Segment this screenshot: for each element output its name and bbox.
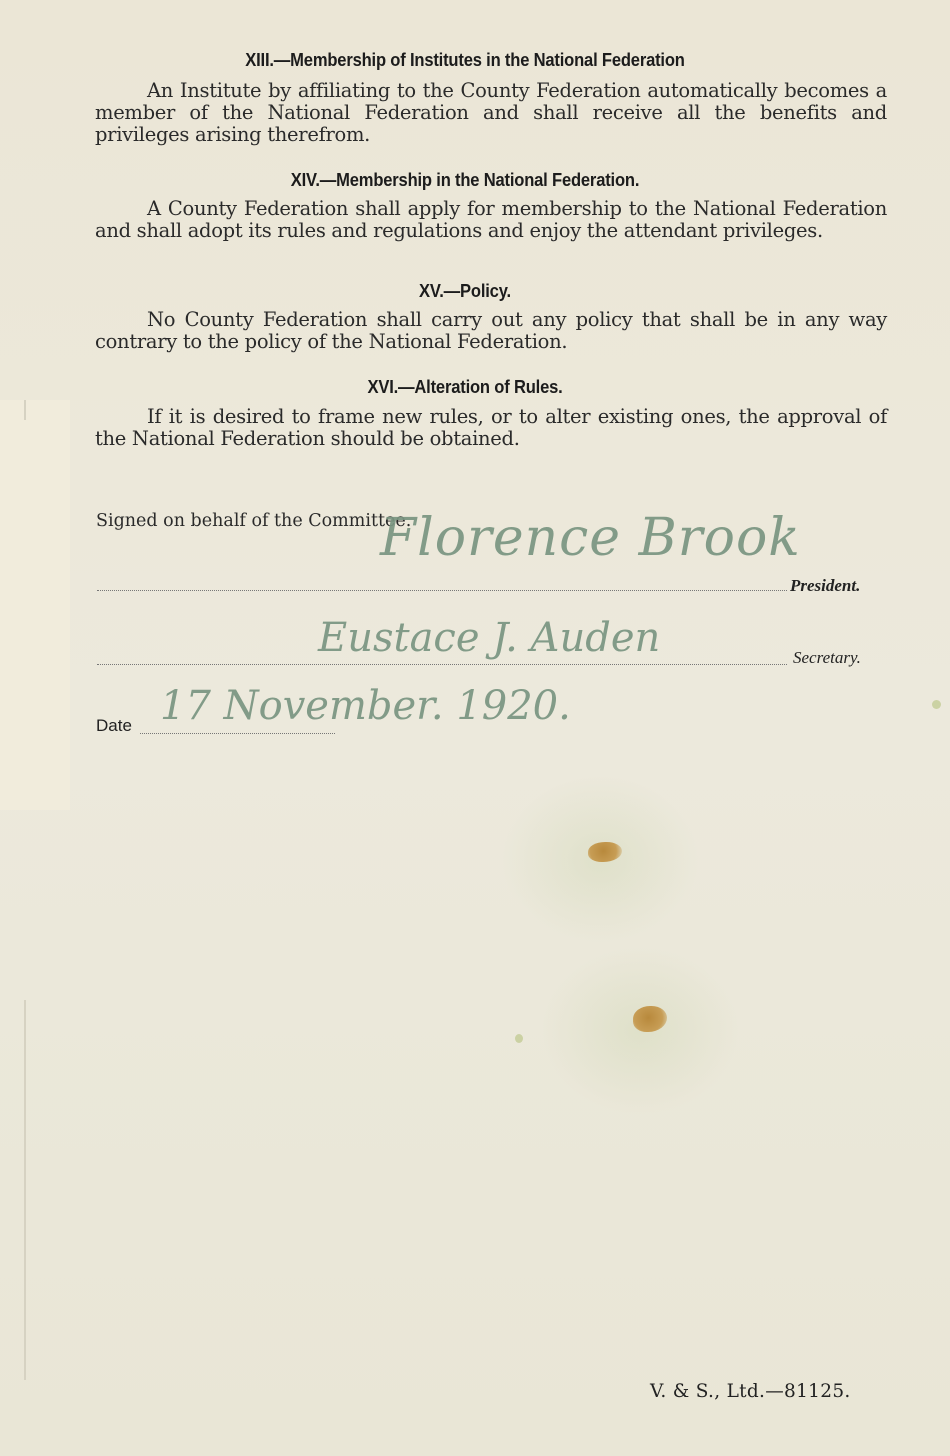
scan-edge-line (24, 400, 26, 420)
section-body-xv: No County Federation shall carry out any… (95, 309, 887, 353)
president-signature-line (97, 590, 787, 591)
foxing-speck (515, 1034, 523, 1043)
date-value: 17 November. 1920. (160, 683, 571, 729)
section-body-xiii: An Institute by affiliating to the Count… (95, 80, 887, 146)
printer-imprint: V. & S., Ltd.—81125. (650, 1381, 851, 1402)
section-text: A County Federation shall apply for memb… (95, 197, 887, 242)
foxing-speck (932, 700, 941, 709)
section-body-xvi: If it is desired to frame new rules, or … (95, 406, 887, 450)
section-body-xiv: A County Federation shall apply for memb… (95, 198, 887, 242)
secretary-signature-line (97, 664, 787, 665)
president-signature: Florence Brook (380, 508, 801, 568)
section-text: No County Federation shall carry out any… (95, 308, 887, 353)
date-line (140, 733, 335, 734)
section-heading-xvi: XVI.—Alteration of Rules. (14, 377, 916, 398)
president-label: President. (790, 576, 860, 596)
scan-edge-line (24, 1000, 26, 1380)
secretary-signature: Eustace J. Auden (318, 615, 660, 661)
section-heading-xv: XV.—Policy. (14, 281, 916, 302)
scan-edge-strip (0, 400, 70, 810)
secretary-label: Secretary. (793, 648, 861, 668)
section-text: An Institute by affiliating to the Count… (95, 79, 887, 146)
section-heading-xiii: XIII.—Membership of Institutes in the Na… (14, 50, 916, 71)
section-heading-xiv: XIV.—Membership in the National Federati… (14, 170, 916, 191)
section-text: If it is desired to frame new rules, or … (95, 405, 887, 450)
date-label: Date (96, 716, 132, 736)
signed-intro: Signed on behalf of the Committee. (96, 511, 411, 531)
